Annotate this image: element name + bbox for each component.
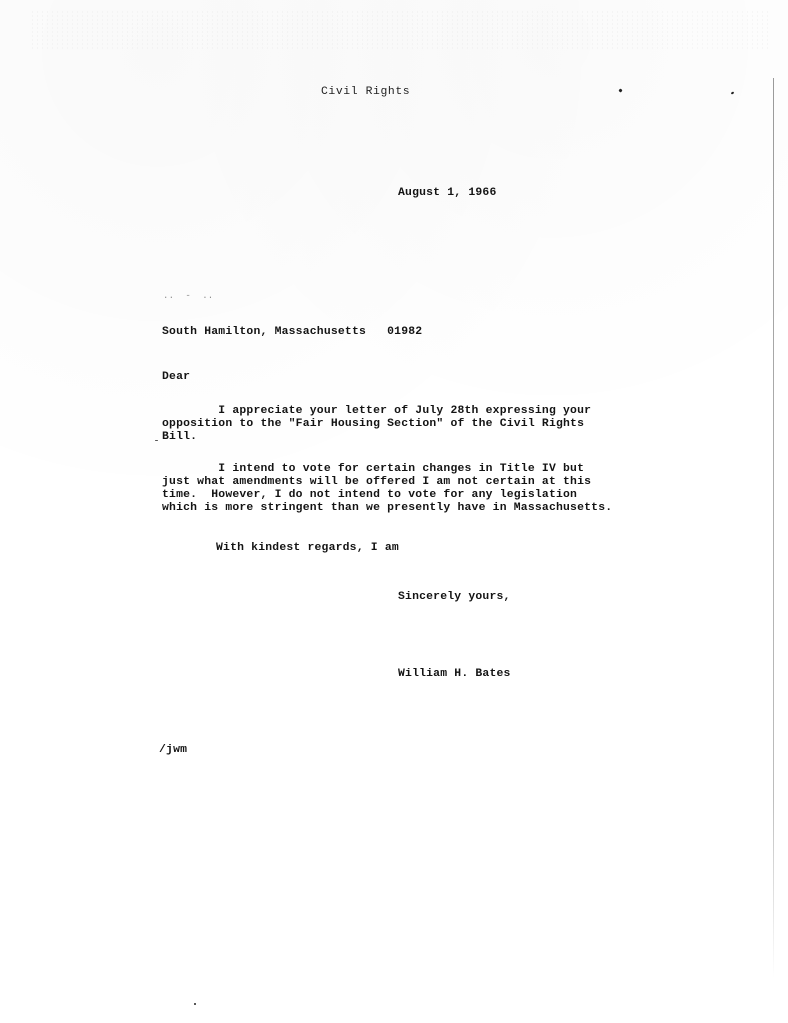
recipient-address: South Hamilton, Massachusetts 01982 (162, 326, 422, 339)
stray-mark (731, 91, 735, 94)
letter-page: Civil Rights August 1, 1966 .. - .. Sout… (0, 0, 788, 1023)
redacted-address-line: .. - .. (163, 290, 213, 303)
subject-header: Civil Rights (321, 86, 410, 99)
letter-date: August 1, 1966 (398, 187, 497, 200)
signature-name: William H. Bates (398, 668, 511, 681)
body-paragraph-1: I appreciate your letter of July 28th ex… (162, 405, 591, 444)
complimentary-close: Sincerely yours, (398, 591, 511, 604)
stray-mark (155, 440, 158, 441)
stray-mark (618, 88, 622, 92)
page-edge-rule (773, 78, 774, 978)
bleed-through-noise (30, 10, 770, 50)
stray-mark (194, 1003, 196, 1005)
salutation: Dear (162, 371, 190, 384)
closing-line: With kindest regards, I am (216, 542, 399, 555)
body-paragraph-2: I intend to vote for certain changes in … (162, 463, 612, 515)
typist-initials: /jwm (159, 744, 187, 757)
